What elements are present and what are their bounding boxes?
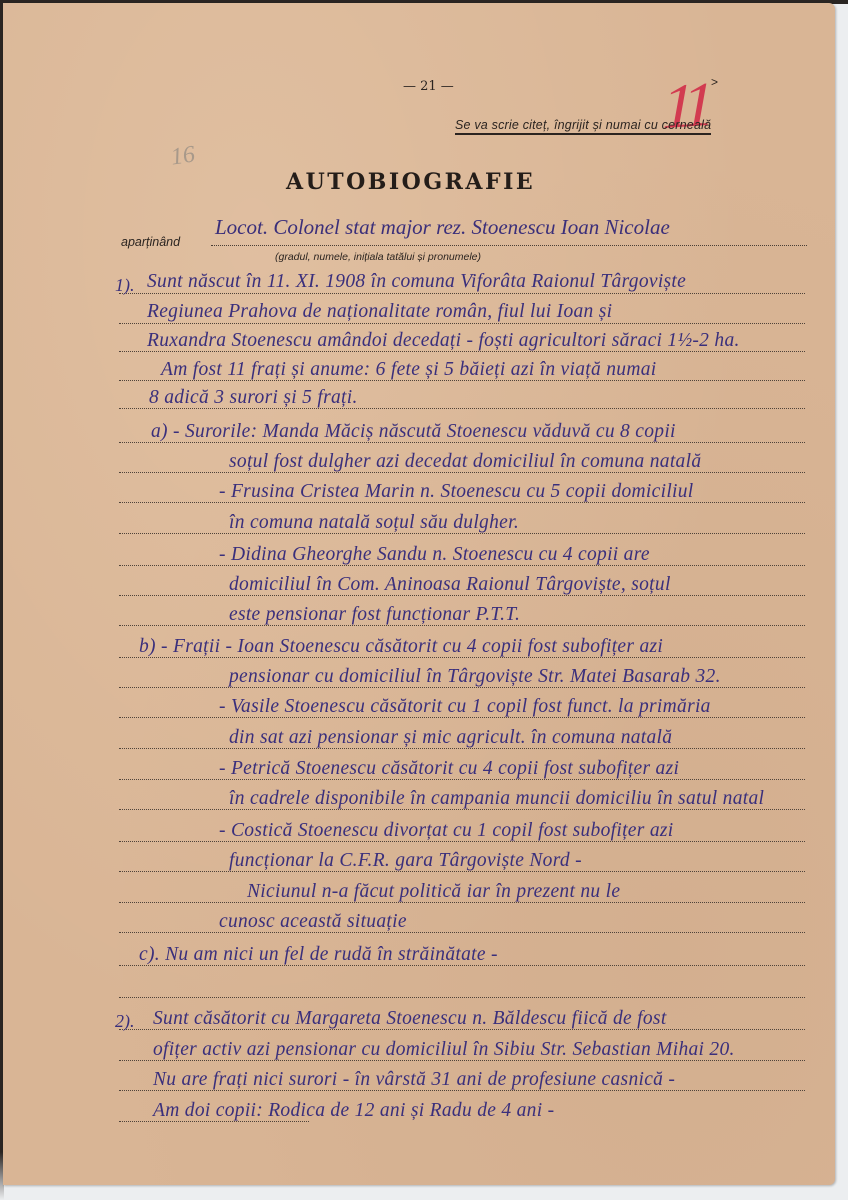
handwritten-line: Sunt căsătorit cu Margareta Stoenescu n.… — [153, 1008, 667, 1030]
ruled-line — [119, 997, 805, 998]
handwritten-line: cunosc această situație — [219, 911, 407, 933]
handwritten-line: în cadrele disponibile în campania munci… — [229, 788, 764, 810]
handwritten-line: ofițer activ azi pensionar cu domiciliul… — [153, 1039, 735, 1061]
handwritten-line: - Costică Stoenescu divorțat cu 1 copil … — [219, 820, 673, 842]
handwritten-line: 8 adică 3 surori și 5 frați. — [149, 387, 358, 409]
handwritten-line: - Vasile Stoenescu căsătorit cu 1 copil … — [219, 696, 711, 718]
handwritten-line: Sunt născut în 11. XI. 1908 în comuna Vi… — [147, 271, 686, 293]
document-page: — 21 — 11 > Se va scrie citeț, îngrijit … — [3, 3, 835, 1185]
handwritten-line: Niciunul n-a făcut politică iar în preze… — [247, 881, 620, 903]
handwritten-line: Nu are frați nici surori - în vârstă 31 … — [153, 1069, 675, 1091]
handwritten-line: pensionar cu domiciliul în Târgoviște St… — [229, 666, 721, 688]
handwritten-line: domiciliul în Com. Aninoasa Raionul Târg… — [229, 574, 671, 596]
handwritten-line: soțul fost dulgher azi decedat domiciliu… — [229, 451, 701, 473]
handwritten-line: în comuna natală soțul său dulgher. — [229, 512, 519, 534]
handwritten-line: Ruxandra Stoenescu amândoi decedați - fo… — [147, 330, 740, 352]
ruled-line — [119, 293, 805, 294]
handwritten-line: c). Nu am nici un fel de rudă în străină… — [139, 944, 498, 966]
handwritten-line: a) - Surorile: Manda Măciș născută Stoen… — [151, 421, 676, 443]
section-number-1: 1). — [115, 275, 135, 296]
handwritten-line: din sat azi pensionar și mic agricult. î… — [229, 727, 672, 749]
handwritten-line: - Didina Gheorghe Sandu n. Stoenescu cu … — [219, 544, 650, 566]
handwritten-line: Regiunea Prahova de naționalitate român,… — [147, 301, 612, 323]
handwritten-line: b) - Frații - Ioan Stoenescu căsătorit c… — [139, 636, 663, 658]
handwritten-line: este pensionar fost funcționar P.T.T. — [229, 604, 520, 626]
handwritten-line: - Petrică Stoenescu căsătorit cu 4 copii… — [219, 758, 679, 780]
handwritten-line: funcționar la C.F.R. gara Târgoviște Nor… — [229, 850, 582, 872]
handwritten-line: Am doi copii: Rodica de 12 ani și Radu d… — [153, 1100, 554, 1122]
handwritten-line: Am fost 11 frați și anume: 6 fete și 5 b… — [161, 359, 656, 381]
handwritten-line: - Frusina Cristea Marin n. Stoenescu cu … — [219, 481, 694, 503]
section-number-2: 2). — [115, 1011, 135, 1032]
ruled-line — [119, 323, 805, 324]
